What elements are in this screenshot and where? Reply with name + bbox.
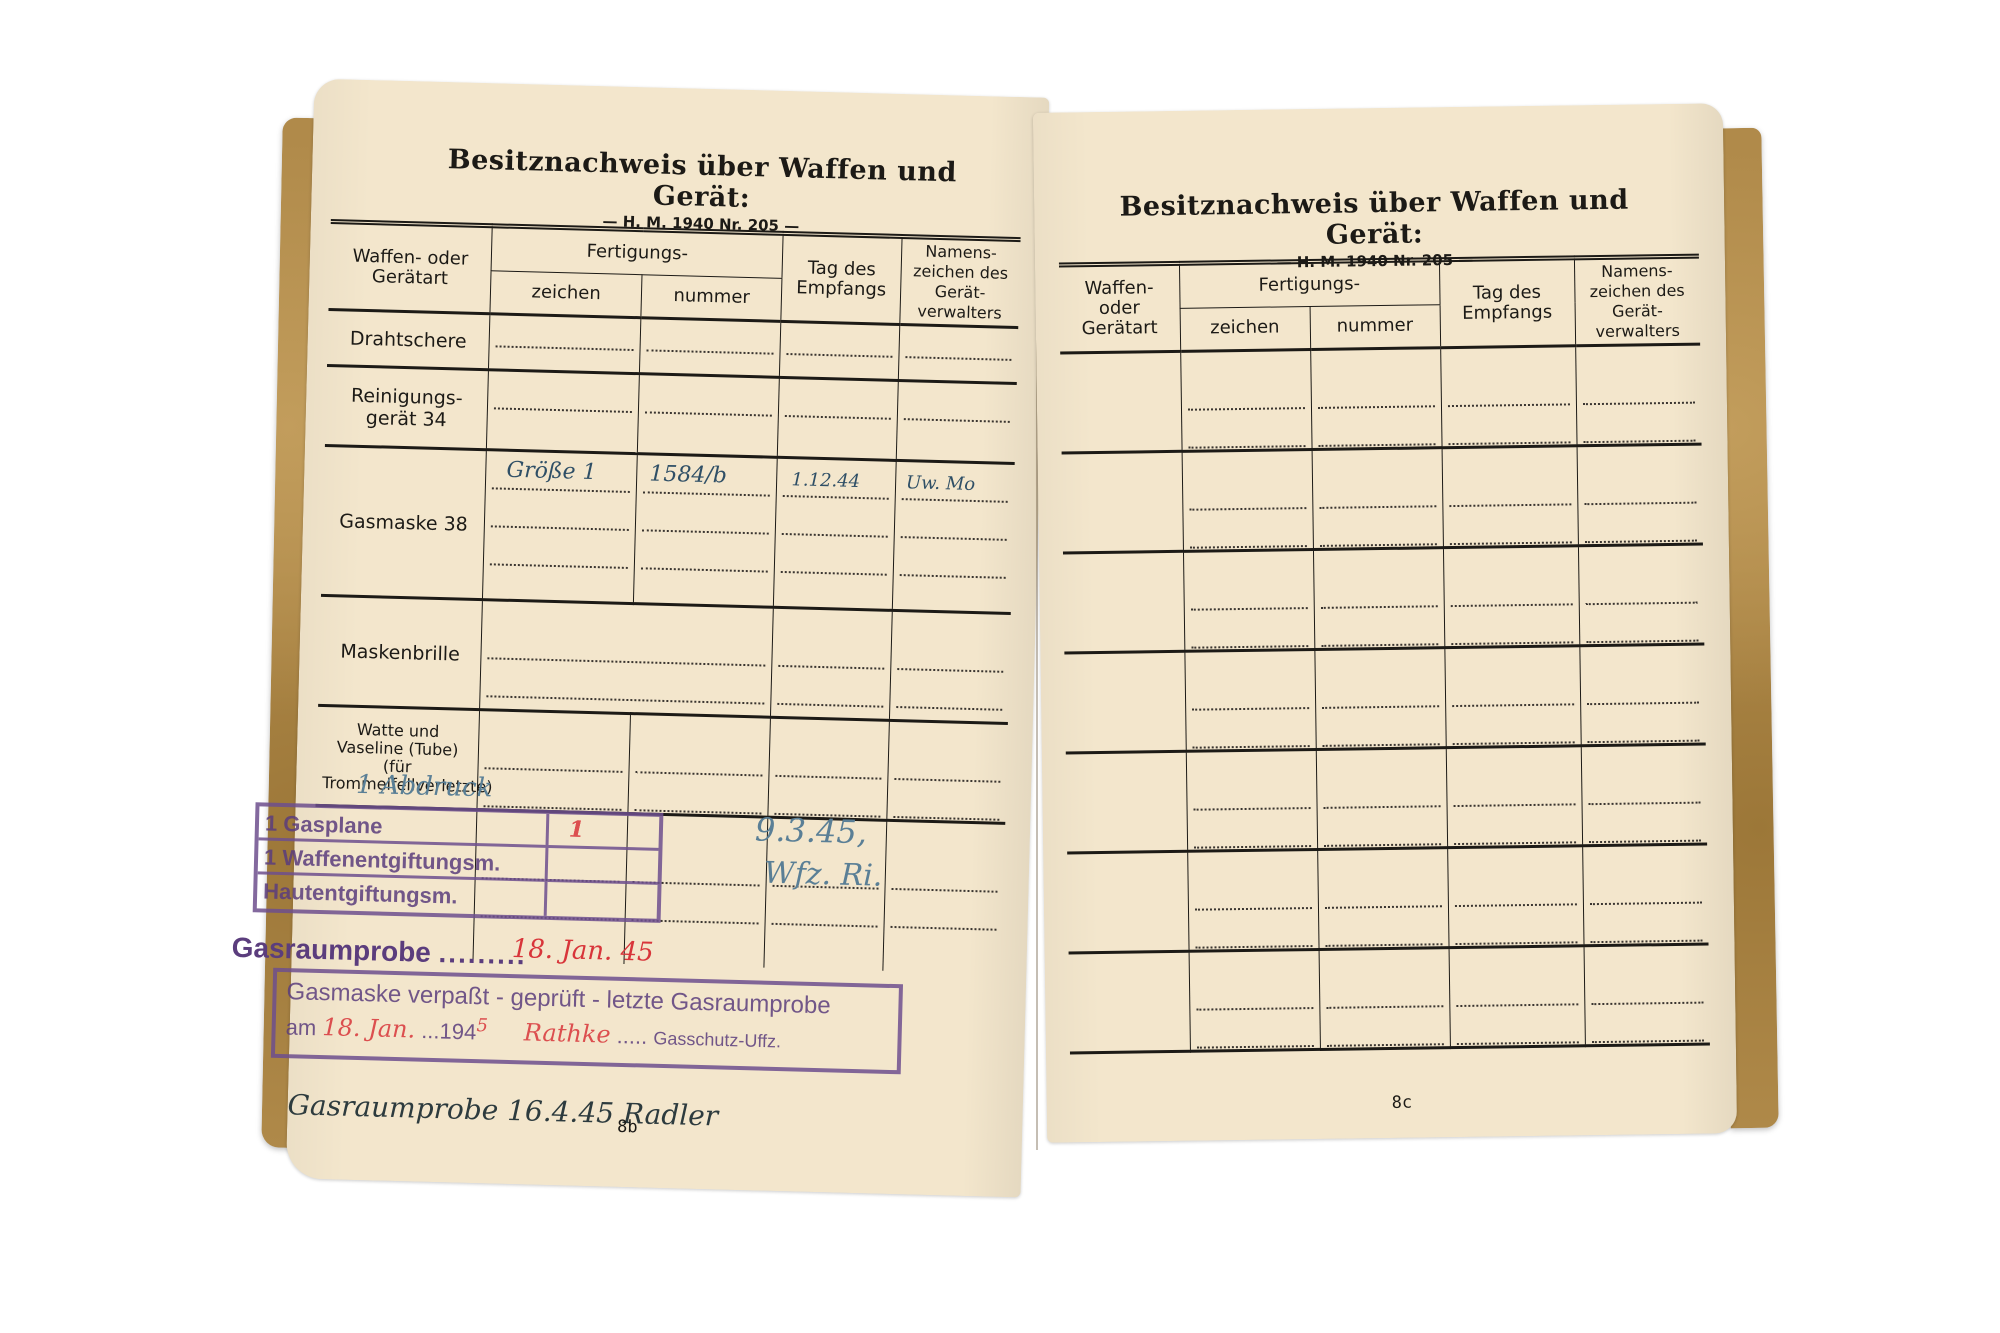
stamp-check-role: Gasschutz-Uffz. [653,1028,781,1051]
table-row [1066,744,1707,853]
equipment-stamp-box: 1 Gasplane 1 Waffenentgiftungsm. Hautent… [253,802,664,923]
header-tag-des-empfangs: Tag des Empfangs [781,233,902,324]
gasraumprobe-date: 18. Jan. 45 [511,934,654,968]
stamp-check-prefix: am [285,1014,316,1040]
stamp-check-year: 194 [439,1019,476,1045]
row-label: Reinigungs- gerät 34 [325,365,489,449]
header-fertigungs: Fertigungs- [1179,260,1440,308]
stamp-check-date: 18. Jan. [322,1013,416,1043]
left-page: Besitznachweis über Waffen und Gerät: — … [286,79,1050,1198]
stamp-check-year-suffix: 5 [476,1015,488,1036]
header-item-type: Waffen- oder Gerätart [328,222,492,314]
handwritten-signature: Wfz. Ri. [763,856,882,894]
handwritten-margin-note: 1 Abdruck [356,770,493,804]
page-number: 8c [1392,1093,1413,1113]
red-tally-mark: 1 [569,816,585,842]
right-page: Besitznachweis über Waffen und Gerät: — … [1033,103,1737,1143]
page-title: Besitznachweis über Waffen und Gerät: [421,143,982,220]
header-zeichen: zeichen [1180,306,1311,351]
table-row: Maskenbrille [318,595,1011,723]
table-row [1060,344,1701,453]
stamp-row: Hautentgiftungsm. [257,874,545,916]
header-zeichen: zeichen [490,271,642,318]
row-label: Drahtschere [327,310,490,370]
handwritten-date: 9.3.45, [755,810,868,851]
page-title: Besitznachweis über Waffen und Gerät: [1094,184,1655,254]
gas-mask-check-stamp: Gasmaske verpaßt - geprüft - letzte Gasr… [271,968,903,1074]
header-tag-des-empfangs: Tag des Empfangs [1439,258,1575,348]
row-label: Maskenbrille [318,595,483,709]
header-nummer: nummer [641,275,782,322]
header-item-type: Waffen- oder Gerätart [1059,263,1180,353]
table-row: Gasmaske 38 Größe 1 1584/b 1.12.44 Uw. M… [321,445,1015,613]
gasraumprobe-label: Gasraumprobe [231,932,431,968]
handwritten-initials: Uw. Mo [906,472,976,495]
handwritten-date-received: 1.12.44 [791,469,860,492]
handwritten-bottom-note: Gasraumprobe 16.4.45 Radler [287,1088,718,1132]
row-label: Gasmaske 38 [321,445,487,599]
table-row [1062,444,1703,553]
equipment-table-right: Waffen- oder Gerätart Fertigungs- Tag de… [1059,254,1710,1055]
table-row [1069,944,1710,1053]
table-row [1064,644,1705,753]
header-namenszeichen: Namens- zeichen des Gerät- verwalters [900,236,1021,327]
handwritten-nummer: 1584/b [649,461,727,488]
table-row [1063,544,1704,653]
open-booklet: Besitznachweis über Waffen und Gerät: — … [0,0,2000,1333]
header-namenszeichen: Namens- zeichen des Gerät- verwalters [1574,256,1700,346]
page-number: 8b [617,1117,638,1138]
table-row [1067,844,1708,953]
stamp-check-signature: Rathke [524,1019,611,1049]
header-fertigungs: Fertigungs- [491,226,783,278]
handwritten-zeichen: Größe 1 [506,458,597,485]
header-nummer: nummer [1310,305,1441,350]
